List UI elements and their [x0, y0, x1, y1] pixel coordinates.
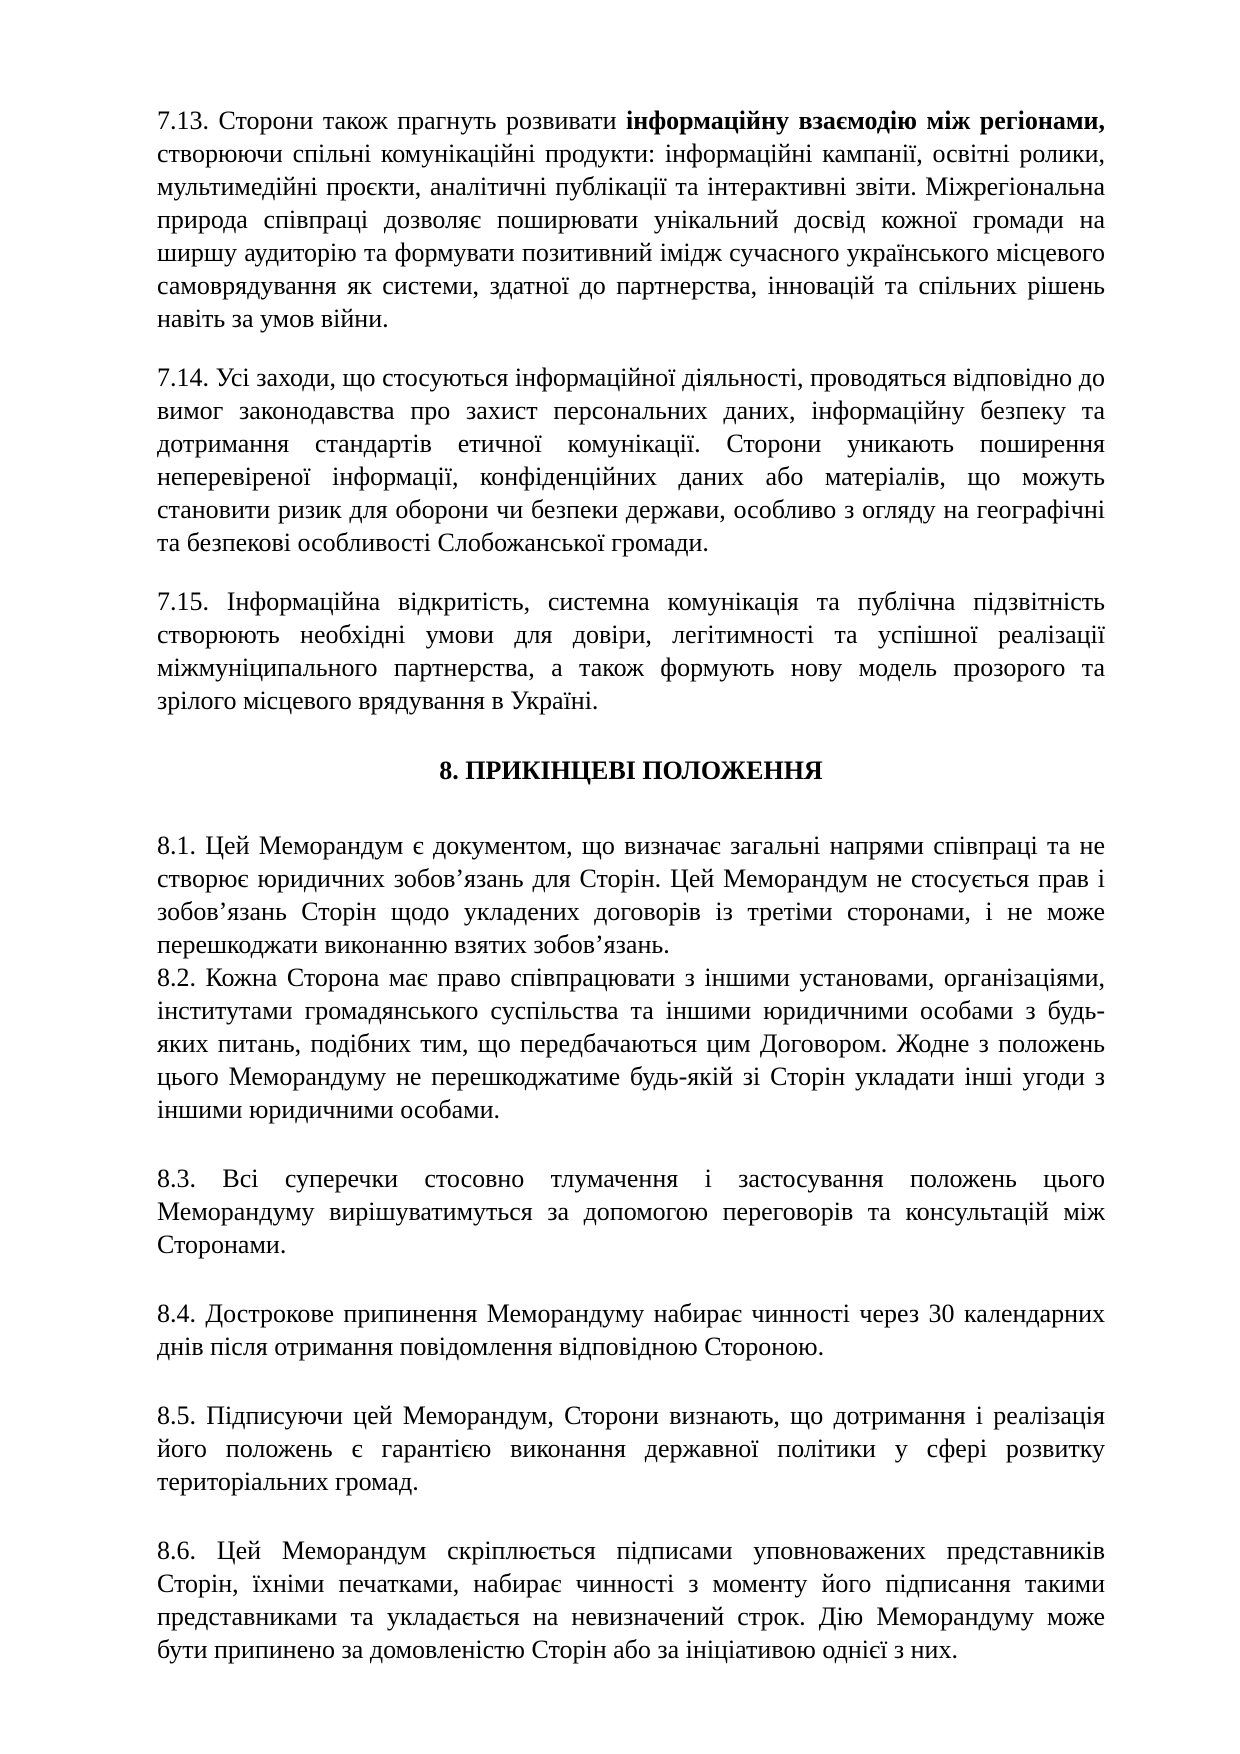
document-body: 7.13. Сторони також прагнуть розвивати і…: [0, 0, 1240, 1706]
paragraph-text: 8.5. Підписуючи цей Меморандум, Сторони …: [157, 1401, 1105, 1496]
paragraph-text: 8.2. Кожна Сторона має право співпрацюва…: [157, 963, 1105, 1124]
clause-8-2: 8.2. Кожна Сторона має право співпрацюва…: [157, 961, 1105, 1126]
document-page: 7.13. Сторони також прагнуть розвивати і…: [0, 0, 1240, 1754]
paragraph-text: 7.14. Усі заходи, що стосуються інформац…: [157, 363, 1105, 557]
paragraph-text: 8.3. Всі суперечки стосовно тлумачення і…: [157, 1164, 1105, 1259]
clause-7-14: 7.14. Усі заходи, що стосуються інформац…: [157, 361, 1105, 559]
paragraph-text: 8.4. Дострокове припинення Меморандуму н…: [157, 1299, 1105, 1361]
paragraph-text: 8.1. Цей Меморандум є документом, що виз…: [157, 831, 1105, 959]
clause-8-3: 8.3. Всі суперечки стосовно тлумачення і…: [157, 1162, 1105, 1261]
bold-emphasis-text: інформаційну взаємодію між регіонами,: [626, 106, 1105, 135]
paragraph-text: створюючи спільні комунікаційні продукти…: [157, 139, 1105, 333]
clause-7-15: 7.15. Інформаційна відкритість, системна…: [157, 585, 1105, 717]
section-8-heading: 8. ПРИКІНЦЕВІ ПОЛОЖЕННЯ: [157, 754, 1105, 787]
paragraph-text: 7.15. Інформаційна відкритість, системна…: [157, 587, 1105, 715]
clause-8-1: 8.1. Цей Меморандум є документом, що виз…: [157, 829, 1105, 961]
paragraph-text: 8.6. Цей Меморандум скріплюється підписа…: [157, 1536, 1105, 1664]
clause-8-6: 8.6. Цей Меморандум скріплюється підписа…: [157, 1534, 1105, 1666]
paragraph-text: 7.13. Сторони також прагнуть розвивати: [157, 106, 626, 135]
clause-8-4: 8.4. Дострокове припинення Меморандуму н…: [157, 1297, 1105, 1363]
clause-8-5: 8.5. Підписуючи цей Меморандум, Сторони …: [157, 1399, 1105, 1498]
clause-7-13: 7.13. Сторони також прагнуть розвивати і…: [157, 104, 1105, 335]
